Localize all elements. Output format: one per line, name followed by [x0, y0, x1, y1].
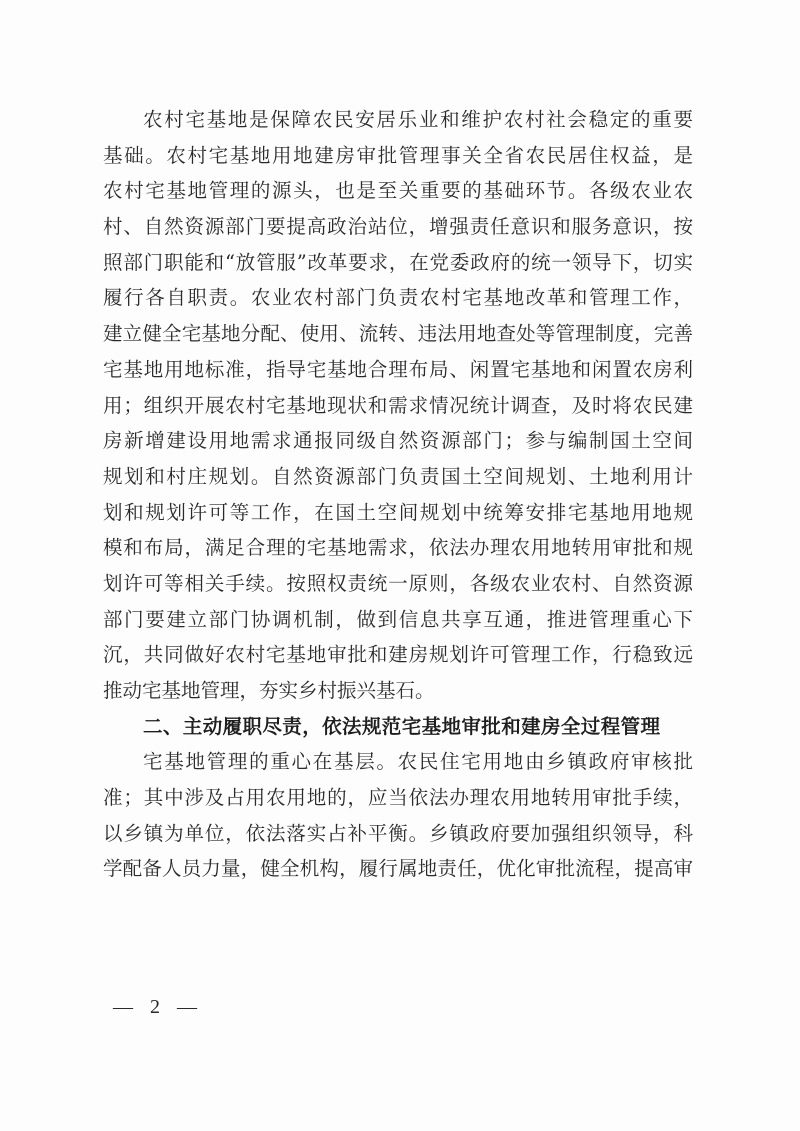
paragraph-1: 农村宅基地是保障农民安居乐业和维护农村社会稳定的重要 基础。农村宅基地用地建房审…: [103, 102, 693, 709]
section-heading: 二、主动履职尽责，依法规范宅基地审批和建房全过程管理: [103, 709, 693, 745]
text-line: 房新增建设用地需求通报同级自然资源部门；参与编制国土空间: [103, 423, 693, 459]
text-line: 学配备人员力量，健全机构，履行属地责任，优化审批流程，提高审: [103, 851, 693, 887]
text-line: 部门要建立部门协调机制，做到信息共享互通，推进管理重心下: [103, 602, 693, 638]
text-line: 划和规划许可等工作，在国土空间规划中统筹安排宅基地用地规: [103, 495, 693, 531]
text-line: 模和布局，满足合理的宅基地需求，依法办理农用地转用审批和规: [103, 530, 693, 566]
text-line: 沉，共同做好农村宅基地审批和建房规划许可管理工作，行稳致远: [103, 637, 693, 673]
text-line: 照部门职能和“放管服”改革要求，在党委政府的统一领导下，切实: [103, 245, 693, 281]
text-line: 准；其中涉及占用农用地的，应当依法办理农用地转用审批手续，: [103, 780, 693, 816]
text-line: 农村宅基地管理的源头，也是至关重要的基础环节。各级农业农: [103, 173, 693, 209]
text-line: 基础。农村宅基地用地建房审批管理事关全省农民居住权益，是: [103, 138, 693, 174]
text-line: 划许可等相关手续。按照权责统一原则，各级农业农村、自然资源: [103, 566, 693, 602]
paragraph-2: 宅基地管理的重心在基层。农民住宅用地由乡镇政府审核批 准；其中涉及占用农用地的，…: [103, 744, 693, 887]
text-line: 以乡镇为单位，依法落实占补平衡。乡镇政府要加强组织领导，科: [103, 816, 693, 852]
text-line: 履行各自职责。农业农村部门负责农村宅基地改革和管理工作，: [103, 280, 693, 316]
text-line: 用；组织开展农村宅基地现状和需求情况统计调查，及时将农民建: [103, 388, 693, 424]
text-line: 农村宅基地是保障农民安居乐业和维护农村社会稳定的重要: [103, 102, 693, 138]
text-line: 村、自然资源部门要提高政治站位，增强责任意识和服务意识，按: [103, 209, 693, 245]
text-line: 建立健全宅基地分配、使用、流转、违法用地查处等管理制度，完善: [103, 316, 693, 352]
text-line: 宅基地管理的重心在基层。农民住宅用地由乡镇政府审核批: [103, 744, 693, 780]
document-page: 农村宅基地是保障农民安居乐业和维护农村社会稳定的重要 基础。农村宅基地用地建房审…: [0, 0, 800, 1131]
text-line: 推动宅基地管理，夯实乡村振兴基石。: [103, 673, 693, 709]
page-number: — 2 —: [113, 996, 203, 1019]
text-line: 规划和村庄规划。自然资源部门负责国土空间规划、土地利用计: [103, 459, 693, 495]
text-line: 宅基地用地标准，指导宅基地合理布局、闲置宅基地和闲置农房利: [103, 352, 693, 388]
document-body: 农村宅基地是保障农民安居乐业和维护农村社会稳定的重要 基础。农村宅基地用地建房审…: [103, 102, 693, 887]
